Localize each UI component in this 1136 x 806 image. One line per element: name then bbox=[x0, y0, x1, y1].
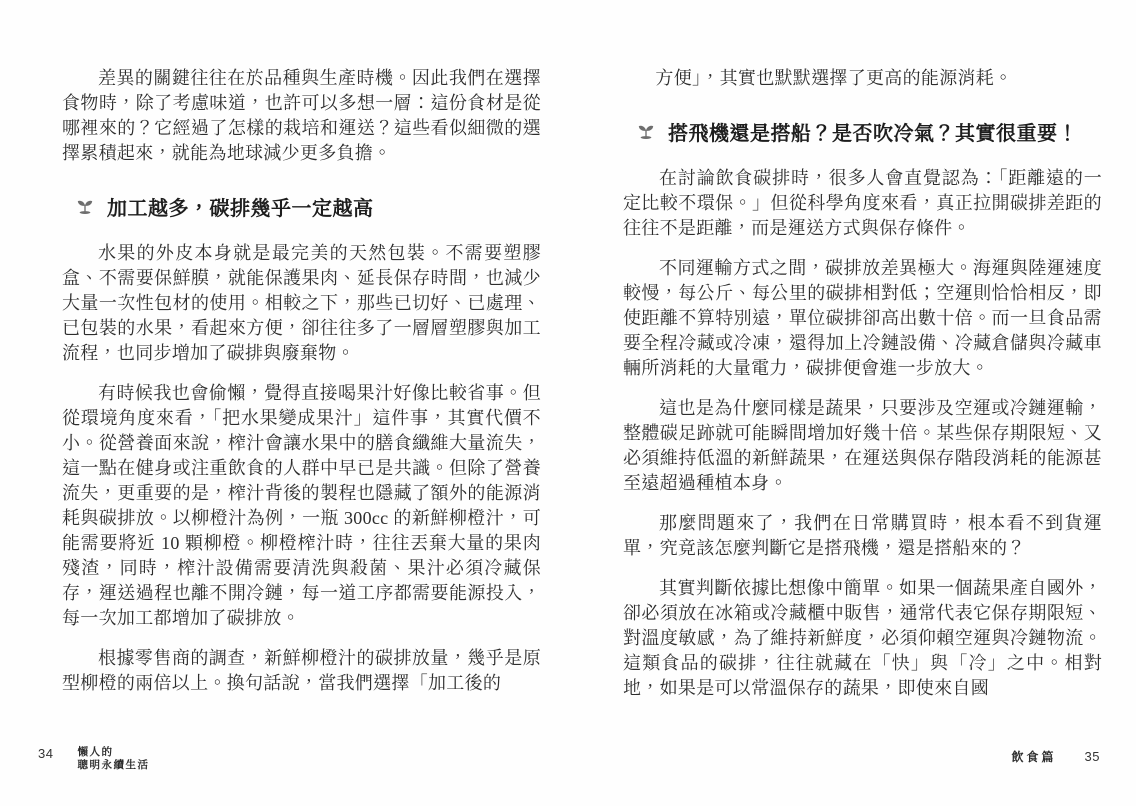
section-heading-text: 加工越多，碳排幾乎一定越高 bbox=[107, 192, 374, 221]
paragraph: 那麼問題來了，我們在日常購買時，根本看不到貨運單，究竟該怎麼判斷它是搭飛機，還是… bbox=[623, 511, 1102, 561]
page-number-left: 34 bbox=[38, 746, 53, 761]
page-left: 差異的關鍵往往在於品種與生產時機。因此我們在選擇食物時，除了考慮味道，也許可以多… bbox=[62, 66, 541, 711]
paragraph: 根據零售商的調查，新鮮柳橙汁的碳排放量，幾乎是原型柳橙的兩倍以上。換句話說，當我… bbox=[62, 646, 541, 696]
footer-right: 飲食篇 35 bbox=[1012, 748, 1100, 765]
paragraph: 水果的外皮本身就是最完美的天然包裝。不需要塑膠盒、不需要保鮮膜，就能保護果肉、延… bbox=[62, 241, 541, 366]
section-heading: 加工越多，碳排幾乎一定越高 bbox=[62, 192, 541, 221]
book-title: 懶人的 聰明永續生活 bbox=[77, 746, 149, 772]
book-spread: 差異的關鍵往往在於品種與生產時機。因此我們在選擇食物時，除了考慮味道，也許可以多… bbox=[0, 0, 1136, 806]
book-title-line1: 懶人的 bbox=[77, 746, 149, 759]
section-heading: 搭飛機還是搭船？是否吹冷氣？其實很重要！ bbox=[623, 117, 1102, 146]
sprout-icon bbox=[76, 198, 94, 216]
page-right: 方便」，其實也默默選擇了更高的能源消耗。 搭飛機還是搭船？是否吹冷氣？其實很重要… bbox=[623, 66, 1102, 716]
paragraph: 這也是為什麼同樣是蔬果，只要涉及空運或冷鏈運輸，整體碳足跡就可能瞬間增加好幾十倍… bbox=[623, 396, 1102, 496]
book-title-line2: 聰明永續生活 bbox=[77, 759, 149, 772]
paragraph: 有時候我也會偷懶，覺得直接喝果汁好像比較省事。但從環境角度來看，「把水果變成果汁… bbox=[62, 381, 541, 631]
paragraph: 差異的關鍵往往在於品種與生產時機。因此我們在選擇食物時，除了考慮味道，也許可以多… bbox=[62, 66, 541, 166]
page-number-right: 35 bbox=[1085, 749, 1100, 764]
sprout-icon bbox=[637, 123, 655, 141]
paragraph: 其實判斷依據比想像中簡單。如果一個蔬果產自國外，卻必須放在冰箱或冷藏櫃中販售，通… bbox=[623, 576, 1102, 701]
paragraph-continuation: 方便」，其實也默默選擇了更高的能源消耗。 bbox=[623, 66, 1102, 91]
chapter-label: 飲食篇 bbox=[1012, 748, 1057, 765]
paragraph: 不同運輸方式之間，碳排放差異極大。海運與陸運速度較慢，每公斤、每公里的碳排相對低… bbox=[623, 256, 1102, 381]
section-heading-text: 搭飛機還是搭船？是否吹冷氣？其實很重要！ bbox=[668, 117, 1078, 146]
footer-left: 34 懶人的 聰明永續生活 bbox=[38, 746, 149, 772]
paragraph: 在討論飲食碳排時，很多人會直覺認為：「距離遠的一定比較不環保。」但從科學角度來看… bbox=[623, 166, 1102, 241]
